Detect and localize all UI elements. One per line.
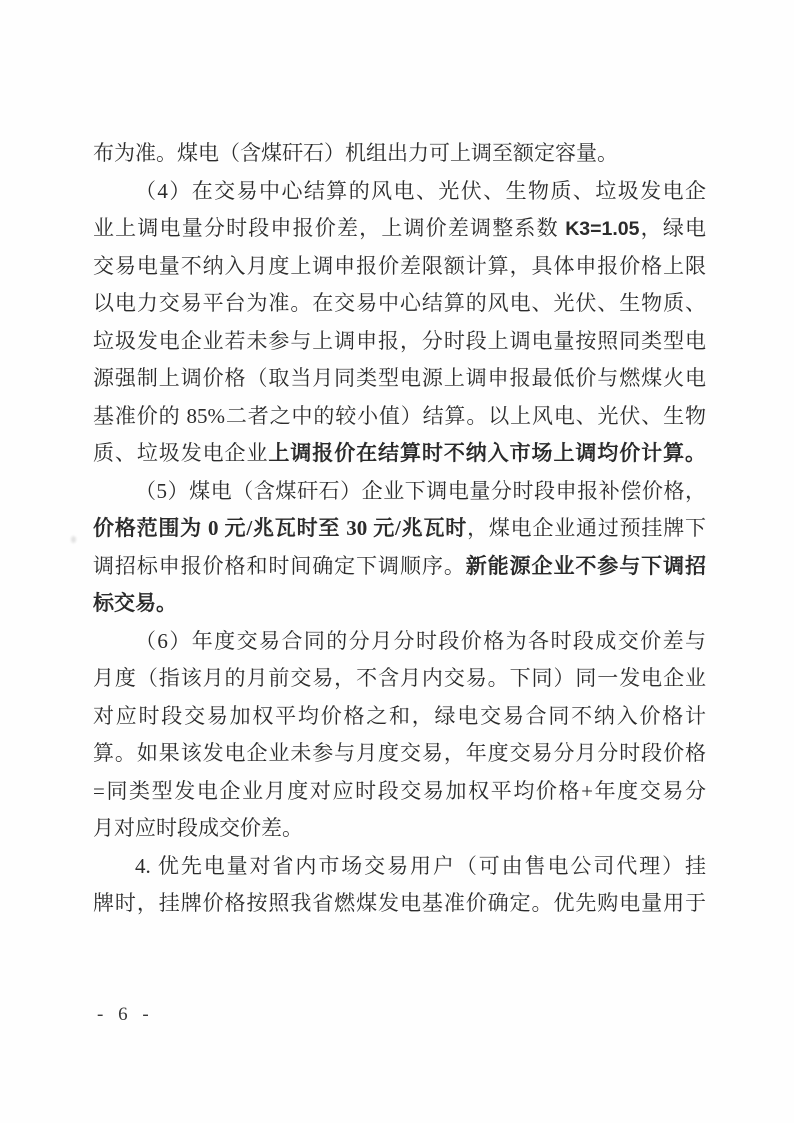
text-line-17: 算。如果该发电企业未参与月度交易，年度交易分月分时段价格	[93, 735, 706, 773]
text-segment: （5）煤电（含煤矸石）企业下调电量分时段申报补偿价格，	[135, 479, 706, 503]
text-line-14: （6）年度交易合同的分月分时段价格为各时段成交价差与	[93, 623, 706, 661]
text-line-9: 质、垃圾发电企业上调报价在结算时不纳入市场上调均价计算。	[93, 435, 706, 473]
text-segment: 月对应时段成交价差。	[93, 816, 303, 840]
text-line-6: 垃圾发电企业若未参与上调申报，分时段上调电量按照同类型电	[93, 323, 706, 361]
text-line-16: 对应时段交易加权平均价格之和，绿电交易合同不纳入价格计	[93, 698, 706, 736]
text-line-1: 布为准。煤电（含煤矸石）机组出力可上调至额定容量。	[93, 135, 706, 173]
text-line-11: 价格范围为 0 元/兆瓦时至 30 元/兆瓦时，煤电企业通过预挂牌下	[93, 510, 706, 548]
text-line-3: 业上调电量分时段申报价差，上调价差调整系数 K3=1.05，绿电	[93, 210, 706, 248]
text-segment: 4. 优先电量对省内市场交易用户（可由售电公司代理）挂	[135, 854, 706, 878]
text-segment: （4）在交易中心结算的风电、光伏、生物质、垃圾发电企	[135, 179, 706, 203]
text-line-13: 标交易。	[93, 585, 706, 623]
text-segment: 布为准。煤电（含煤矸石）机组出力可上调至额定容量。	[93, 141, 618, 165]
text-segment: （6）年度交易合同的分月分时段价格为各时段成交价差与	[135, 629, 706, 653]
text-line-12: 调招标申报价格和时间确定下调顺序。新能源企业不参与下调招	[93, 548, 706, 586]
text-segment: 基准价的 85%二者之中的较小值）结算。以上风电、光伏、生物	[93, 404, 706, 428]
text-line-19: 月对应时段成交价差。	[93, 810, 706, 848]
text-segment: =同类型发电企业月度对应时段交易加权平均价格+年度交易分	[93, 779, 706, 803]
text-segment: 新能源企业不参与下调招	[466, 554, 706, 578]
document-page: 布为准。煤电（含煤矸石）机组出力可上调至额定容量。（4）在交易中心结算的风电、光…	[0, 0, 794, 1123]
text-segment: ，煤电企业通过预挂牌下	[467, 516, 706, 540]
text-segment: ，绿电	[639, 216, 706, 240]
text-segment: 牌时，挂牌价格按照我省燃煤发电基准价确定。优先购电量用于	[93, 891, 706, 915]
text-line-15: 月度（指该月的月前交易，不含月内交易。下同）同一发电企业	[93, 660, 706, 698]
text-segment: 业上调电量分时段申报价差，上调价差调整系数	[93, 216, 565, 240]
text-segment: 交易电量不纳入月度上调申报价差限额计算，具体申报价格上限	[93, 254, 706, 278]
text-segment: 垃圾发电企业若未参与上调申报，分时段上调电量按照同类型电	[93, 329, 706, 353]
text-line-5: 以电力交易平台为准。在交易中心结算的风电、光伏、生物质、	[93, 285, 706, 323]
document-body: 布为准。煤电（含煤矸石）机组出力可上调至额定容量。（4）在交易中心结算的风电、光…	[93, 135, 706, 923]
text-line-8: 基准价的 85%二者之中的较小值）结算。以上风电、光伏、生物	[93, 398, 706, 436]
text-segment: 源强制上调价格（取当月同类型电源上调申报最低价与燃煤火电	[93, 366, 706, 390]
text-segment: 质、垃圾发电企业	[93, 441, 268, 465]
text-segment: 以电力交易平台为准。在交易中心结算的风电、光伏、生物质、	[93, 291, 706, 315]
text-line-4: 交易电量不纳入月度上调申报价差限额计算，具体申报价格上限	[93, 248, 706, 286]
text-segment: K3=1.05	[565, 218, 639, 240]
text-segment: 标交易。	[93, 591, 177, 615]
text-line-7: 源强制上调价格（取当月同类型电源上调申报最低价与燃煤火电	[93, 360, 706, 398]
text-segment: 上调报价在结算时不纳入市场上调均价计算。	[268, 441, 706, 465]
text-line-2: （4）在交易中心结算的风电、光伏、生物质、垃圾发电企	[93, 173, 706, 211]
text-line-18: =同类型发电企业月度对应时段交易加权平均价格+年度交易分	[93, 773, 706, 811]
text-line-20: 4. 优先电量对省内市场交易用户（可由售电公司代理）挂	[93, 848, 706, 886]
text-segment: 对应时段交易加权平均价格之和，绿电交易合同不纳入价格计	[93, 704, 706, 728]
text-line-10: （5）煤电（含煤矸石）企业下调电量分时段申报补偿价格，	[93, 473, 706, 511]
scan-artifact	[71, 536, 76, 543]
page-number: - 6 -	[97, 1002, 154, 1028]
text-segment: 月度（指该月的月前交易，不含月内交易。下同）同一发电企业	[93, 666, 706, 690]
text-segment: 调招标申报价格和时间确定下调顺序。	[93, 554, 466, 578]
text-line-21: 牌时，挂牌价格按照我省燃煤发电基准价确定。优先购电量用于	[93, 885, 706, 923]
text-segment: 算。如果该发电企业未参与月度交易，年度交易分月分时段价格	[93, 741, 706, 765]
text-segment: 价格范围为 0 元/兆瓦时至 30 元/兆瓦时	[93, 516, 467, 540]
